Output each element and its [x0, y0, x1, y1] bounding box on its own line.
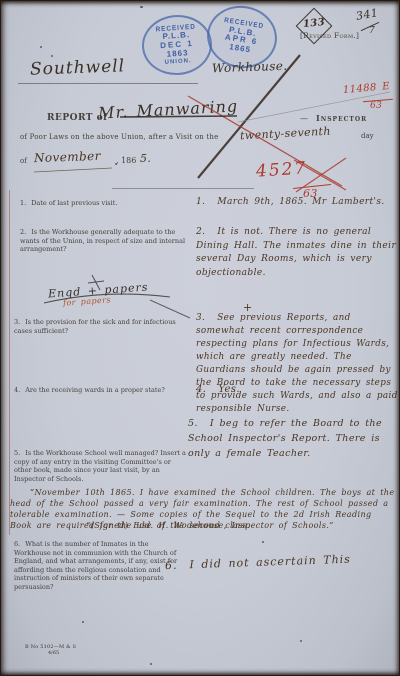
report-line2: of Poor Laws on the above Union, after a…	[20, 133, 218, 141]
answer-4-text: Yes.	[218, 384, 240, 395]
question-6-text: What is the number of Inmates in the Wor…	[14, 540, 177, 591]
question-2-text: Is the Workhouse generally adequate to t…	[20, 228, 185, 253]
paper-speck	[262, 541, 264, 543]
paper-speck	[150, 663, 152, 665]
paper-speck	[82, 621, 84, 623]
revised-form-label: [Revised Form.]	[300, 31, 359, 40]
visit-day: twenty-seventh	[240, 125, 331, 143]
section-separator-rule	[112, 188, 254, 189]
red-crossed-number: 4527	[255, 158, 308, 182]
year-digit: 5.	[140, 152, 151, 165]
received-stamp-1863: RECEIVED P.L.B. DEC 1 1863 UNION.	[140, 13, 214, 78]
docket-number: 341	[355, 6, 379, 23]
answer-4-number: 4.	[196, 383, 206, 397]
answer-1: 1.March 9th, 1865. Mr Lambert's.	[196, 196, 396, 210]
question-3: 3.Is the provision for the sick and for …	[14, 318, 186, 335]
question-5: 5.Is the Workhouse School well managed? …	[14, 449, 186, 483]
question-1: 1.Date of last previous visit.	[20, 199, 188, 208]
red-reference-denominator: 63	[370, 101, 382, 111]
stamp-union-text: UNION.	[164, 58, 191, 66]
printer-code-line2: 4/65	[48, 650, 59, 656]
paper-speck	[40, 46, 42, 48]
answer-2-text: It is not. There is no general Dining Ha…	[196, 227, 396, 278]
year-printed: , 186	[116, 156, 136, 165]
inspector-label: Inspector	[316, 113, 367, 123]
diamond-number: 133	[302, 17, 325, 30]
answer-3-text: See previous Reports, and somewhat recen…	[196, 313, 398, 414]
answer-2-number: 2.	[196, 226, 205, 240]
left-margin-rule	[9, 190, 10, 535]
paper-speck	[300, 640, 302, 642]
answer-5-text: I beg to refer the Board to the School I…	[188, 418, 382, 459]
school-entry-signature: “(Signed) Edd. H. Wodehouse, Inspector o…	[60, 521, 360, 530]
answer-6-number: 6.	[165, 559, 178, 573]
document-scan: RECEIVED P.L.B. DEC 1 1863 UNION. RECEIV…	[0, 0, 400, 676]
inspector-name: Mr. Manwaring	[98, 96, 239, 122]
question-4: 4.Are the receiving wards in a proper st…	[14, 386, 182, 395]
question-4-number: 4.	[14, 386, 20, 395]
paper-speck	[51, 55, 53, 57]
question-5-number: 5.	[14, 449, 20, 458]
question-1-number: 1.	[20, 199, 26, 208]
answer-4: 4.Yes.	[196, 383, 396, 397]
stamp-received-text: RECEIVED	[155, 23, 196, 33]
answer-1-text: March 9th, 1865. Mr Lambert's.	[217, 197, 384, 207]
marginal-annotation-red: for papers	[63, 295, 111, 307]
inspector-dash: —	[300, 114, 308, 123]
answer-3-number: 3.	[196, 312, 205, 325]
paper-speck	[140, 6, 143, 8]
answer-5-number: 5.	[188, 416, 198, 431]
question-2: 2.Is the Workhouse generally adequate to…	[20, 228, 188, 254]
visit-month: November	[34, 149, 101, 165]
answer-3: 3.See previous Reports, and somewhat rec…	[196, 312, 400, 416]
day-word: day	[361, 132, 374, 140]
question-1-text: Date of last previous visit.	[31, 199, 117, 207]
answer-1-number: 1.	[196, 196, 205, 210]
union-name-rule	[18, 83, 198, 84]
question-6: 6.What is the number of Inmates in the W…	[14, 540, 186, 591]
red-reference-number: 11488 E	[343, 81, 391, 96]
question-2-number: 2.	[20, 228, 26, 237]
stamp-year-text: 1865	[229, 43, 252, 55]
answer-5: 5.I beg to refer the Board to the School…	[188, 416, 398, 461]
answer-2: 2.It is not. There is no general Dining …	[196, 226, 400, 280]
union-name: Southwell	[30, 56, 126, 79]
building-name: Workhouse.	[212, 59, 288, 76]
question-3-number: 3.	[14, 318, 20, 327]
docket-denominator: 7	[369, 26, 375, 36]
question-3-text: Is the provision for the sick and for in…	[14, 318, 176, 335]
question-5-text: Is the Workhouse School well managed? In…	[14, 449, 186, 483]
answer-6-text: I did not ascertain This	[189, 553, 351, 572]
answer-6: 6.I did not ascertain This	[165, 551, 400, 573]
question-6-number: 6.	[14, 540, 20, 549]
of-word: of	[20, 157, 27, 165]
question-4-text: Are the receiving wards in a proper stat…	[25, 386, 165, 394]
